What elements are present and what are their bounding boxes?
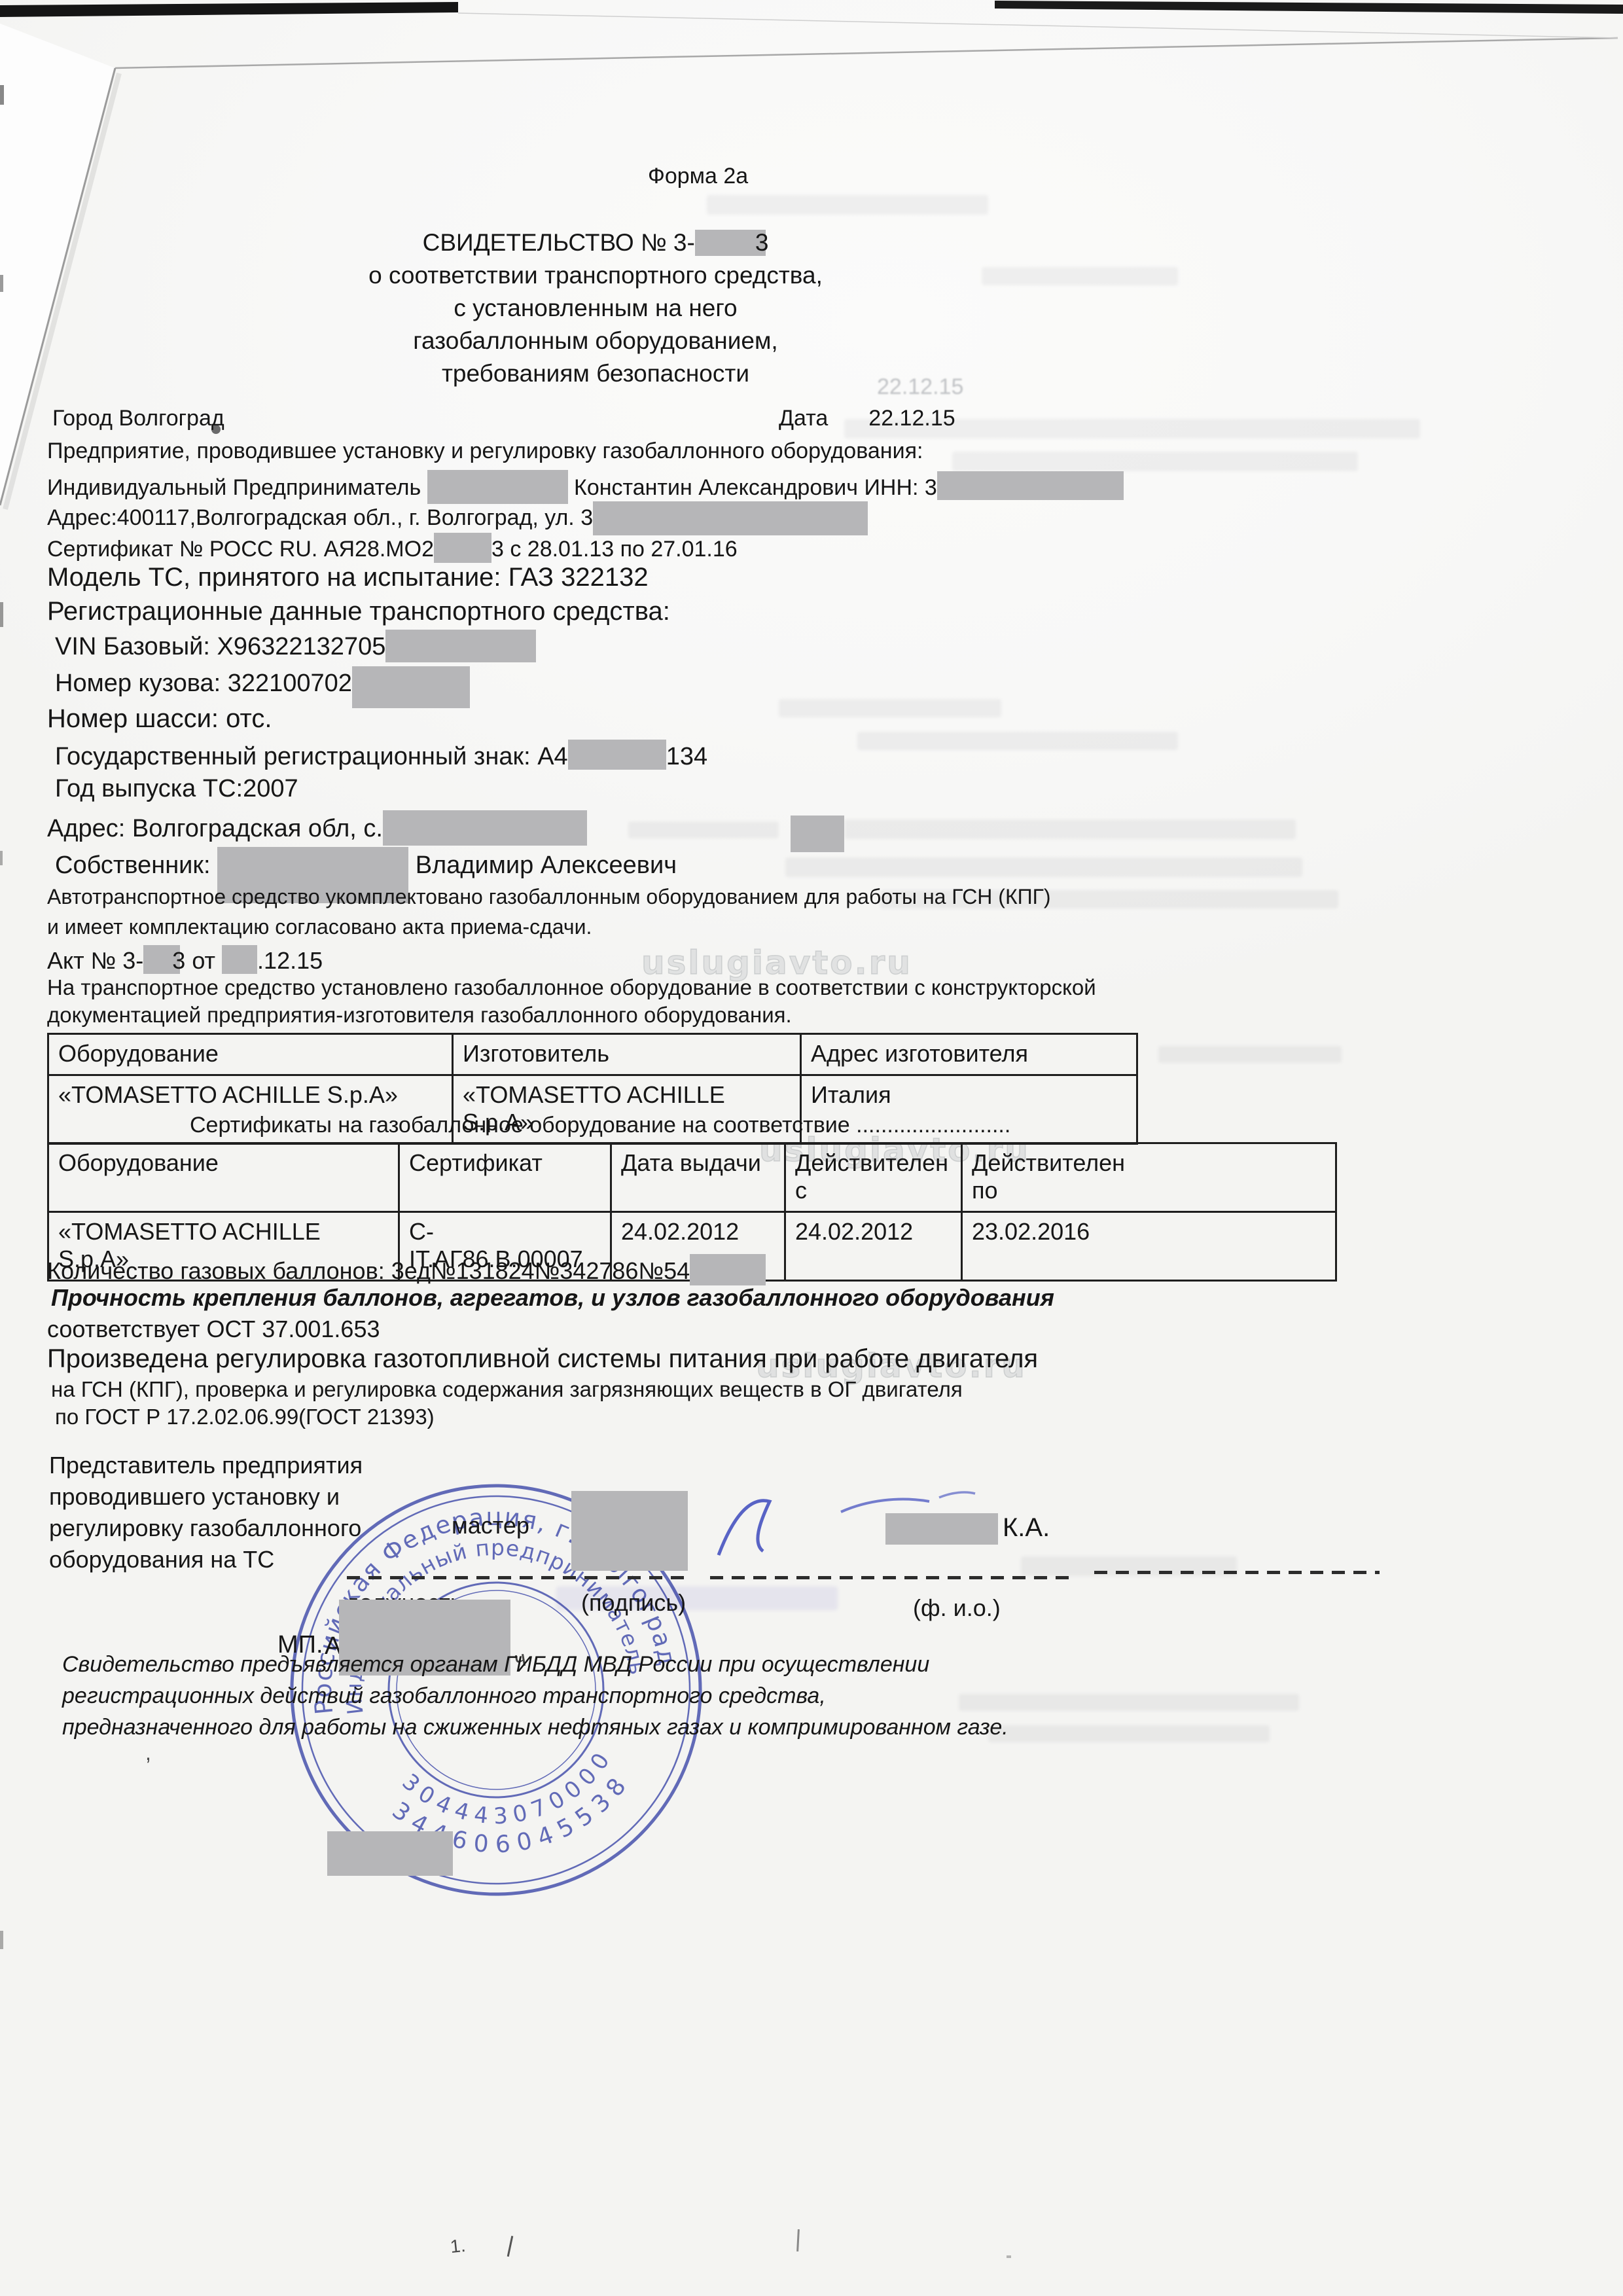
stray-dot-mark [1007, 2255, 1011, 2258]
representative-line-4: оборудования на ТС [49, 1546, 274, 1573]
signature-dash-line [347, 1576, 690, 1579]
certificate-number-prefix: Сертификат № РОСС RU. АЯ28.МО2 [47, 537, 434, 562]
table2-cell-valid-to: 23.02.2016 [962, 1212, 1336, 1281]
title-number-suffix: 3 [755, 229, 769, 256]
equipped-line-1: Автотранспортное средство укомплектовано… [47, 885, 1051, 909]
redaction-box-stamp-bottom [327, 1831, 453, 1876]
title-line-5: требованиям безопасности [236, 357, 955, 390]
bleed-through-smudge [1158, 1046, 1342, 1063]
body-number-text: Номер кузова: 322100702 [55, 670, 352, 697]
bleed-through-smudge [857, 732, 1178, 750]
redaction-box [427, 470, 568, 504]
installed-line-2: документацией предприятия-изготовителя г… [47, 1003, 792, 1028]
initials-value: К.А. [1003, 1513, 1050, 1543]
redaction-box [937, 471, 1124, 500]
owner-address-line: Адрес: Волгоградская обл, с. [47, 810, 587, 846]
table2-header-valid-from: Действителен с [785, 1143, 962, 1212]
stray-footnote-mark: 1. [449, 2235, 467, 2257]
city-line: Город Волгоград [52, 406, 224, 431]
title-line-1: СВИДЕТЕЛЬСТВО № 3-3 [236, 226, 955, 259]
redaction-box-signature [571, 1491, 688, 1571]
header-text: Оборудование [58, 1149, 219, 1177]
left-edge-mark [0, 851, 3, 865]
bleed-through-smudge [779, 699, 1001, 717]
table1-header-equipment: Оборудование [48, 1034, 453, 1075]
redaction-box [690, 1254, 766, 1285]
installed-line-1: На транспортное средство установлено газ… [47, 975, 1096, 1000]
regulated-line-3: по ГОСТ Р 17.2.02.06.99(ГОСТ 21393) [55, 1405, 435, 1429]
regulated-line-2: на ГСН (КПГ), проверка и регулировка сод… [51, 1377, 963, 1402]
scanner-edge-bar-right [995, 1, 1623, 14]
footer-line-2: регистрационных действий газобаллонного … [62, 1683, 826, 1709]
redaction-box [352, 666, 470, 708]
strength-line-2: соответствует ОСТ 37.001.653 [47, 1316, 380, 1343]
certificate-number-suffix: 3 с 28.01.13 по 27.01.16 [491, 537, 738, 562]
bleed-through-smudge [844, 819, 1296, 839]
date-value: 22.12.15 [868, 406, 955, 431]
bleed-through-smudge [952, 452, 1358, 471]
stray-comma-mark: , [145, 1741, 151, 1765]
paper-top-edge [115, 38, 1618, 68]
bleed-through-smudge [785, 857, 1302, 877]
title-block: СВИДЕТЕЛЬСТВО № 3-3 о соответствии транс… [236, 226, 955, 390]
bleed-through-smudge [628, 821, 779, 838]
plate-suffix: 134 [666, 743, 707, 770]
act-line: Акт № 3-3 от .12.15 [47, 945, 323, 975]
signature-dash-line [710, 1576, 1073, 1579]
owner-address-text: Адрес: Волгоградская обл, с. [47, 815, 383, 842]
reg-data-line: Регистрационные данные транспортного сре… [47, 597, 670, 626]
title-line-4: газобаллонным оборудованием, [236, 325, 955, 357]
redaction-box-name [885, 1513, 998, 1545]
sign-label: (подпись) [581, 1589, 686, 1617]
regulated-line-1: Произведена регулировка газотопливной си… [47, 1344, 1038, 1374]
entrepreneur-prefix: Индивидуальный Предприниматель [47, 475, 427, 500]
left-edge-mark [0, 85, 4, 105]
redaction-box [383, 810, 587, 846]
act-number-prefix: Акт № 3- [47, 947, 143, 974]
vin-line: VIN Базовый: X96322132705 [55, 630, 536, 662]
scanned-document-page: 22.12.15 uslugiavto.ru uslugiavto.ru usl… [0, 0, 1623, 2296]
page-corner-fold [0, 24, 115, 505]
header-text: Действителен с [795, 1149, 949, 1204]
redaction-box [791, 816, 844, 852]
chassis-line: Номер шасси: отс. [47, 704, 272, 734]
cylinders-line: Количество газовых баллонов: 3ед№131824№… [47, 1254, 766, 1285]
enterprise-address-line: Адрес:400117,Волгоградская обл., г. Волг… [47, 501, 868, 535]
left-edge-mark [0, 602, 3, 627]
footer-line-1: Свидетельство предъявляется органам ГИБД… [62, 1652, 929, 1677]
table-header-row: Оборудование Сертификат Дата выдачи Дейс… [48, 1143, 1336, 1212]
plate-line: Государственный регистрационный знак: А4… [55, 740, 707, 771]
redaction-box [222, 945, 257, 974]
year-line: Год выпуска ТС:2007 [55, 775, 298, 803]
scanner-edge-bar-left [0, 2, 458, 17]
table2-header-certificate: Сертификат [399, 1143, 611, 1212]
act-number-mid: 3 от [172, 947, 222, 974]
owner-label: Собственник: [55, 852, 217, 879]
bleed-through-smudge [982, 267, 1178, 285]
enterprise-address-text: Адрес:400117,Волгоградская обл., г. Волг… [47, 505, 593, 530]
redaction-box [434, 533, 491, 563]
table1-header-manufacturer: Изготовитель [453, 1034, 801, 1075]
header-text: Сертификат [409, 1149, 543, 1177]
representative-line-1: Представитель предприятия [49, 1452, 363, 1479]
title-number-prefix: СВИДЕТЕЛЬСТВО № 3- [423, 229, 695, 256]
plate-text: Государственный регистрационный знак: А4 [55, 743, 568, 770]
redaction-box [385, 630, 536, 662]
title-line-3: с установленным на него [236, 292, 955, 325]
strength-line-1: Прочность крепления баллонов, агрегатов,… [51, 1284, 1054, 1312]
entrepreneur-line: Индивидуальный Предприниматель Константи… [47, 470, 1124, 504]
model-line: Модель ТС, принятого на испытание: ГАЗ 3… [47, 563, 649, 592]
table2-header-valid-to: Действителен по [962, 1143, 1336, 1212]
left-edge-mark [0, 275, 3, 292]
table1-header-address: Адрес изготовителя [801, 1034, 1137, 1075]
certificate-line: Сертификат № РОСС RU. АЯ28.МО23 с 28.01.… [47, 533, 738, 563]
header-text: Действителен по [972, 1149, 1135, 1204]
entrepreneur-name: Константин Александрович ИНН: 3 [568, 475, 937, 500]
footer-line-3: предназначенного для работы на сжиженных… [62, 1715, 1008, 1740]
vin-text: VIN Базовый: X96322132705 [55, 633, 385, 660]
table2-cell-valid-from: 24.02.2012 [785, 1212, 962, 1281]
representative-line-3: регулировку газобаллонного [49, 1515, 361, 1542]
enterprise-intro-line: Предприятие, проводившее установку и рег… [47, 439, 923, 464]
name-label: (ф. и.о.) [913, 1594, 1001, 1622]
body-number-line: Номер кузова: 322100702 [55, 666, 470, 708]
table2-header-equipment: Оборудование [48, 1143, 399, 1212]
signature-dash-line [1094, 1571, 1380, 1574]
table-header-row: Оборудование Изготовитель Адрес изготови… [48, 1034, 1137, 1075]
paper-top-edge-2 [458, 13, 1618, 38]
bleed-through-smudge [959, 1694, 1299, 1711]
form-label: Форма 2а [648, 164, 748, 189]
redaction-box [593, 501, 868, 535]
date-label: Дата [779, 406, 828, 431]
table2-header-issue-date: Дата выдачи [611, 1143, 785, 1212]
certs-conformity-line: Сертификаты на газобаллонное оборудовани… [190, 1113, 1010, 1138]
redaction-box [568, 740, 666, 770]
left-edge-mark [0, 1931, 3, 1949]
header-text: Дата выдачи [621, 1149, 761, 1177]
representative-line-2: проводившего установку и [49, 1483, 340, 1511]
bleed-through-smudge [988, 1725, 1270, 1742]
owner-name: Владимир Алексеевич [408, 852, 677, 879]
equipped-line-2: и имеет комплектацию согласовано акта пр… [47, 915, 592, 939]
cylinders-text: Количество газовых баллонов: 3ед№131824№… [47, 1257, 690, 1284]
bleed-through-smudge [707, 195, 988, 215]
date-line: Дата22.12.15 [779, 406, 955, 431]
title-line-2: о соответствии транспортного средства, [236, 259, 955, 292]
act-date-suffix: .12.15 [257, 947, 323, 974]
position-value: мастер [452, 1512, 529, 1539]
